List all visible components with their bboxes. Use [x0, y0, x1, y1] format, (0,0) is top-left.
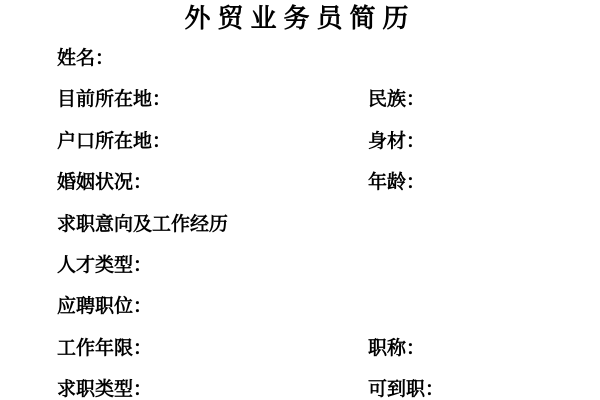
form-row-section: 求职意向及工作经历 — [0, 213, 600, 237]
field-label-available-date: 可到职： — [368, 378, 444, 400]
form-row-location: 目前所在地： 民族： — [0, 88, 600, 112]
form-row-name: 姓名： — [0, 47, 600, 71]
form-row-talent-type: 人才类型： — [0, 254, 600, 278]
field-label-work-years: 工作年限： — [57, 337, 152, 361]
field-label-job-type: 求职类型： — [57, 378, 152, 400]
section-title-job-intention: 求职意向及工作经历 — [57, 213, 228, 237]
form-row-work-years: 工作年限： 职称： — [0, 337, 600, 361]
field-label-marital-status: 婚姻状况： — [57, 171, 152, 195]
form-row-marital: 婚姻状况： 年龄： — [0, 171, 600, 195]
field-label-household-location: 户口所在地： — [57, 130, 171, 154]
form-row-job-type: 求职类型： 可到职： — [0, 378, 600, 400]
field-label-age: 年龄： — [368, 171, 425, 195]
resume-document: 外贸业务员简历 姓名： 目前所在地： 民族： 户口所在地： 身材： 婚姻状况： … — [0, 0, 600, 400]
page-title: 外贸业务员简历 — [0, 2, 600, 36]
field-label-talent-type: 人才类型： — [57, 254, 152, 278]
field-label-name: 姓名： — [57, 47, 114, 71]
form-row-household: 户口所在地： 身材： — [0, 130, 600, 154]
field-label-position-applied: 应聘职位： — [57, 295, 152, 319]
field-label-ethnicity: 民族： — [368, 88, 425, 112]
field-label-current-location: 目前所在地： — [57, 88, 171, 112]
field-label-body-type: 身材： — [368, 130, 425, 154]
field-label-job-title: 职称： — [368, 337, 425, 361]
form-row-position: 应聘职位： — [0, 295, 600, 319]
